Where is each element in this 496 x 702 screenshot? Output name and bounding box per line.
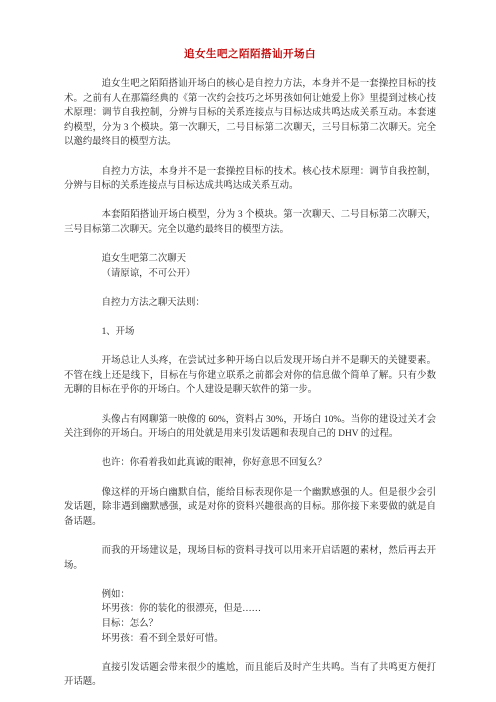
line-group: 追女生吧第二次聊天（请原谅，不可公开） <box>64 252 436 281</box>
document-line: 1、开场 <box>64 325 436 340</box>
paragraph: 而我的开场建议是，现场目标的资料寻找可以用来开启话题的素材，然后再去开场。 <box>64 544 436 573</box>
document-line: 追女生吧第二次聊天 <box>64 252 436 267</box>
document-content: 追女生吧之陌陌搭讪开场白 追女生吧之陌陌搭讪开场白的核心是自控力方法，本身并不是… <box>0 0 496 690</box>
document-body: 追女生吧之陌陌搭讪开场白的核心是自控力方法，本身并不是一套操控目标的技术。之前有… <box>64 77 436 690</box>
line-group: 1、开场 <box>64 325 436 340</box>
paragraph: 也许：你看着我如此真诚的眼神，你好意思不回复么？ <box>64 456 436 471</box>
paragraph: 自控力方法，本身并不是一套操控目标的技术。核心技术原理：调节自我控制，分辨与目标… <box>64 165 436 194</box>
paragraph: 开场总让人头疼，在尝试过多种开场白以后发现开场白并不是聊天的关键要素。不管在线上… <box>64 354 436 398</box>
document-page: 追女生吧之陌陌搭讪开场白 追女生吧之陌陌搭讪开场白的核心是自控力方法，本身并不是… <box>0 0 496 702</box>
document-line: 坏男孩：你的装化的很漂亮，但是…… <box>64 602 436 617</box>
document-line: 例如： <box>64 588 436 603</box>
paragraph: 本套陌陌搭讪开场白模型，分为 3 个模块。第一次聊天、二号目标第二次聊天，三号目… <box>64 208 436 237</box>
line-group: 例如：坏男孩：你的装化的很漂亮，但是……目标：怎么？坏男孩：看不到全景好可惜。 <box>64 588 436 646</box>
paragraph: 头像占有网聊第一映像的 60%，资料占 30%，开场白 10%。当你的建设过关才… <box>64 413 436 442</box>
document-line: 坏男孩：看不到全景好可惜。 <box>64 632 436 647</box>
paragraph: 像这样的开场白幽默自信，能给目标表现你是一个幽默感强的人。但是很少会引发话题，除… <box>64 486 436 530</box>
document-line: 自控力方法之聊天法则： <box>64 296 436 311</box>
line-group: 自控力方法之聊天法则： <box>64 296 436 311</box>
document-line: 目标：怎么？ <box>64 617 436 632</box>
paragraph: 直接引发话题会带来很少的尴尬，而且能后及时产生共鸣。当有了共鸣更方便打开话题。 <box>64 661 436 690</box>
document-title: 追女生吧之陌陌搭讪开场白 <box>64 47 436 63</box>
paragraph: 追女生吧之陌陌搭讪开场白的核心是自控力方法，本身并不是一套操控目标的技术。之前有… <box>64 77 436 150</box>
document-line: （请原谅，不可公开） <box>64 267 436 282</box>
